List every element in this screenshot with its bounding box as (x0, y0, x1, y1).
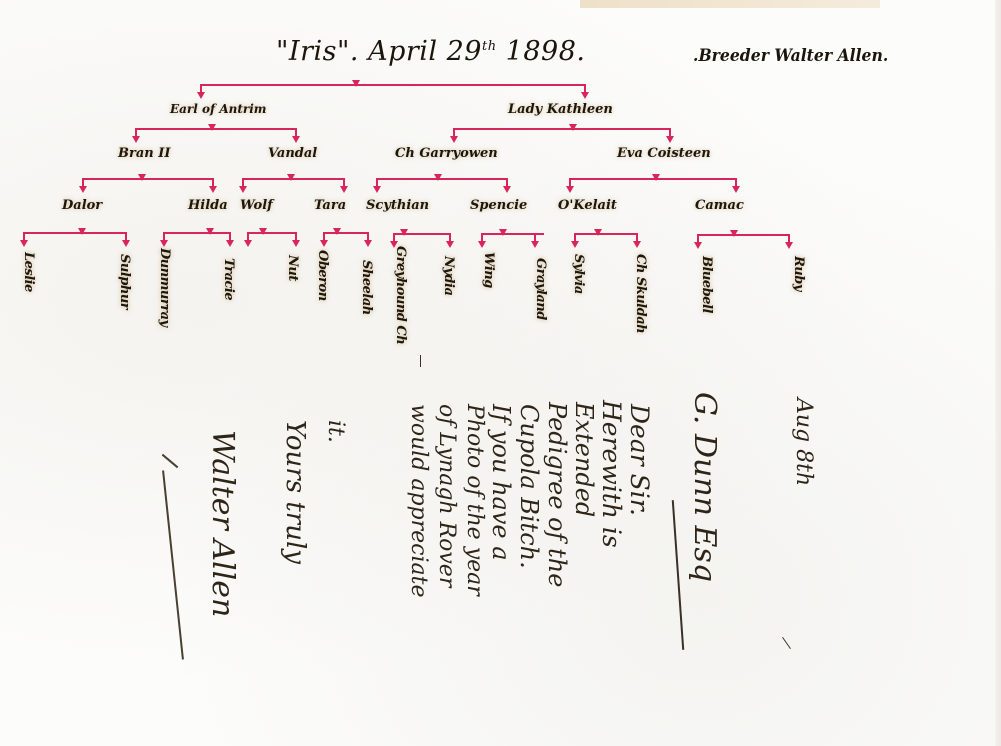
letter-body-line: it. (323, 420, 348, 443)
arrow-icon (499, 229, 507, 236)
arrow-icon (320, 240, 328, 247)
arrow-icon (450, 136, 458, 143)
arrow-icon (244, 240, 252, 247)
pedigree-great-grandparent: Wolf (240, 198, 273, 213)
pedigree-ancestor: Bluebell (699, 256, 714, 313)
pedigree-ancestor: Leslie (21, 252, 36, 292)
pedigree-ancestor: Tracie (221, 258, 236, 300)
arrow-icon (446, 241, 454, 248)
letter-date: Aug 8th (791, 398, 816, 486)
pedigree-ancestor: Greyhound Ch (393, 246, 408, 344)
connector-line (376, 178, 508, 180)
letter-signature: Walter Allen (205, 430, 240, 617)
pedigree-ancestor: Ch Skuldah (633, 254, 648, 333)
date-ordinal: th (482, 39, 497, 54)
connector-line (135, 128, 297, 130)
pedigree-dam: Lady Kathleen (508, 102, 613, 117)
pedigree-ancestor: Ruby (791, 256, 806, 291)
pen-mark (782, 637, 791, 649)
date-text: April 29 (368, 36, 482, 67)
arrow-icon (478, 241, 486, 248)
underline (672, 500, 684, 650)
arrow-icon (566, 186, 574, 193)
pedigree-great-grandparent: O'Kelait (558, 198, 617, 213)
arrow-icon (197, 92, 205, 99)
letter-body-line: Pedigree of the (543, 402, 571, 587)
arrow-icon (373, 186, 381, 193)
arrow-icon (208, 124, 216, 131)
letter-closing: Yours truly (280, 420, 310, 564)
pedigree-ancestor: Grayland (533, 258, 548, 320)
letter-body-line: would appreciate (406, 404, 431, 598)
arrow-icon (694, 242, 702, 249)
date-year: 1898. (497, 36, 586, 67)
connector-line (697, 234, 790, 236)
arrow-icon (259, 228, 267, 235)
pedigree-grandparent: Eva Coisteen (617, 146, 711, 161)
arrow-icon (666, 136, 674, 143)
connector-line (163, 232, 231, 234)
pedigree-ancestor: Nydia (441, 256, 456, 295)
arrow-icon (633, 241, 641, 248)
letter-body-line: If you have a (487, 404, 515, 561)
arrow-icon (594, 229, 602, 236)
arrow-icon (732, 186, 740, 193)
arrow-icon (160, 240, 168, 247)
connector-line (200, 84, 586, 86)
breeder-name: .Breeder Walter Allen. (693, 46, 888, 66)
letter-body-line: Herewith is (597, 400, 626, 548)
arrow-icon (78, 228, 86, 235)
pedigree-ancestor: Sylvia (571, 254, 586, 294)
scanned-page: "Iris". April 29th 1898. .Breeder Walter… (0, 0, 1001, 746)
arrow-icon (20, 240, 28, 247)
arrow-icon (652, 174, 660, 181)
arrow-icon (531, 241, 539, 248)
arrow-icon (352, 80, 360, 87)
paper-stain (580, 0, 880, 8)
arrow-icon (132, 136, 140, 143)
pedigree-grandparent: Bran II (118, 146, 170, 161)
arrow-icon (292, 240, 300, 247)
arrow-icon (785, 242, 793, 249)
arrow-icon (226, 240, 234, 247)
connector-line (82, 178, 214, 180)
letter-body-line: of Lynagh Rover (434, 404, 459, 587)
pedigree-great-grandparent: Scythian (366, 198, 429, 213)
signature-flourish (162, 470, 184, 659)
pedigree-sire: Earl of Antrim (170, 102, 266, 116)
arrow-icon (333, 228, 341, 235)
letter-body-line: Extended (570, 402, 598, 517)
arrow-icon (340, 186, 348, 193)
pedigree-ancestor: Sheelah (359, 260, 374, 315)
pedigree-ancestor: Wing (481, 252, 496, 288)
letter-recipient: G. Dunn Esq (687, 392, 722, 582)
pedigree-great-grandparent: Spencie (470, 198, 527, 213)
pedigree-great-grandparent: Hilda (188, 198, 228, 213)
connector-line (323, 232, 369, 234)
arrow-icon (122, 240, 130, 247)
pedigree-ancestor: Dunmurray (157, 248, 172, 327)
pedigree-great-grandparent: Tara (314, 198, 346, 213)
connector-line (23, 232, 127, 234)
letter-body-line: Cupola Bitch. (515, 404, 543, 569)
arrow-icon (730, 230, 738, 237)
arrow-icon (138, 174, 146, 181)
arrow-icon (400, 229, 408, 236)
arrow-icon (581, 92, 589, 99)
arrow-icon (434, 174, 442, 181)
pedigree-ancestor: Nut (285, 255, 300, 281)
signature-flourish (162, 454, 179, 468)
arrow-icon (364, 240, 372, 247)
arrow-icon (569, 124, 577, 131)
arrow-icon (206, 228, 214, 235)
arrow-icon (571, 241, 579, 248)
pedigree-ancestor: Oberon (315, 250, 330, 301)
connector-line (574, 233, 638, 235)
document-title: "Iris". April 29th 1898. (276, 36, 585, 67)
pen-mark (420, 355, 421, 367)
connector-line (453, 128, 671, 130)
pedigree-great-grandparent: Dalor (62, 198, 102, 213)
letter-salutation: Dear Sir. (625, 404, 654, 516)
arrow-icon (239, 186, 247, 193)
arrow-icon (503, 186, 511, 193)
paper-edge (995, 0, 1001, 746)
pedigree-ancestor: Sulphur (117, 254, 132, 309)
arrow-icon (287, 174, 295, 181)
pedigree-grandparent: Vandal (268, 146, 317, 161)
pedigree-great-grandparent: Camac (695, 198, 744, 213)
pedigree-grandparent: Ch Garryowen (395, 146, 498, 161)
subject-name: "Iris". (276, 36, 359, 67)
letter-body-line: Photo of the year (462, 404, 487, 596)
arrow-icon (79, 186, 87, 193)
connector-line (247, 232, 297, 234)
arrow-icon (292, 136, 300, 143)
arrow-icon (209, 186, 217, 193)
